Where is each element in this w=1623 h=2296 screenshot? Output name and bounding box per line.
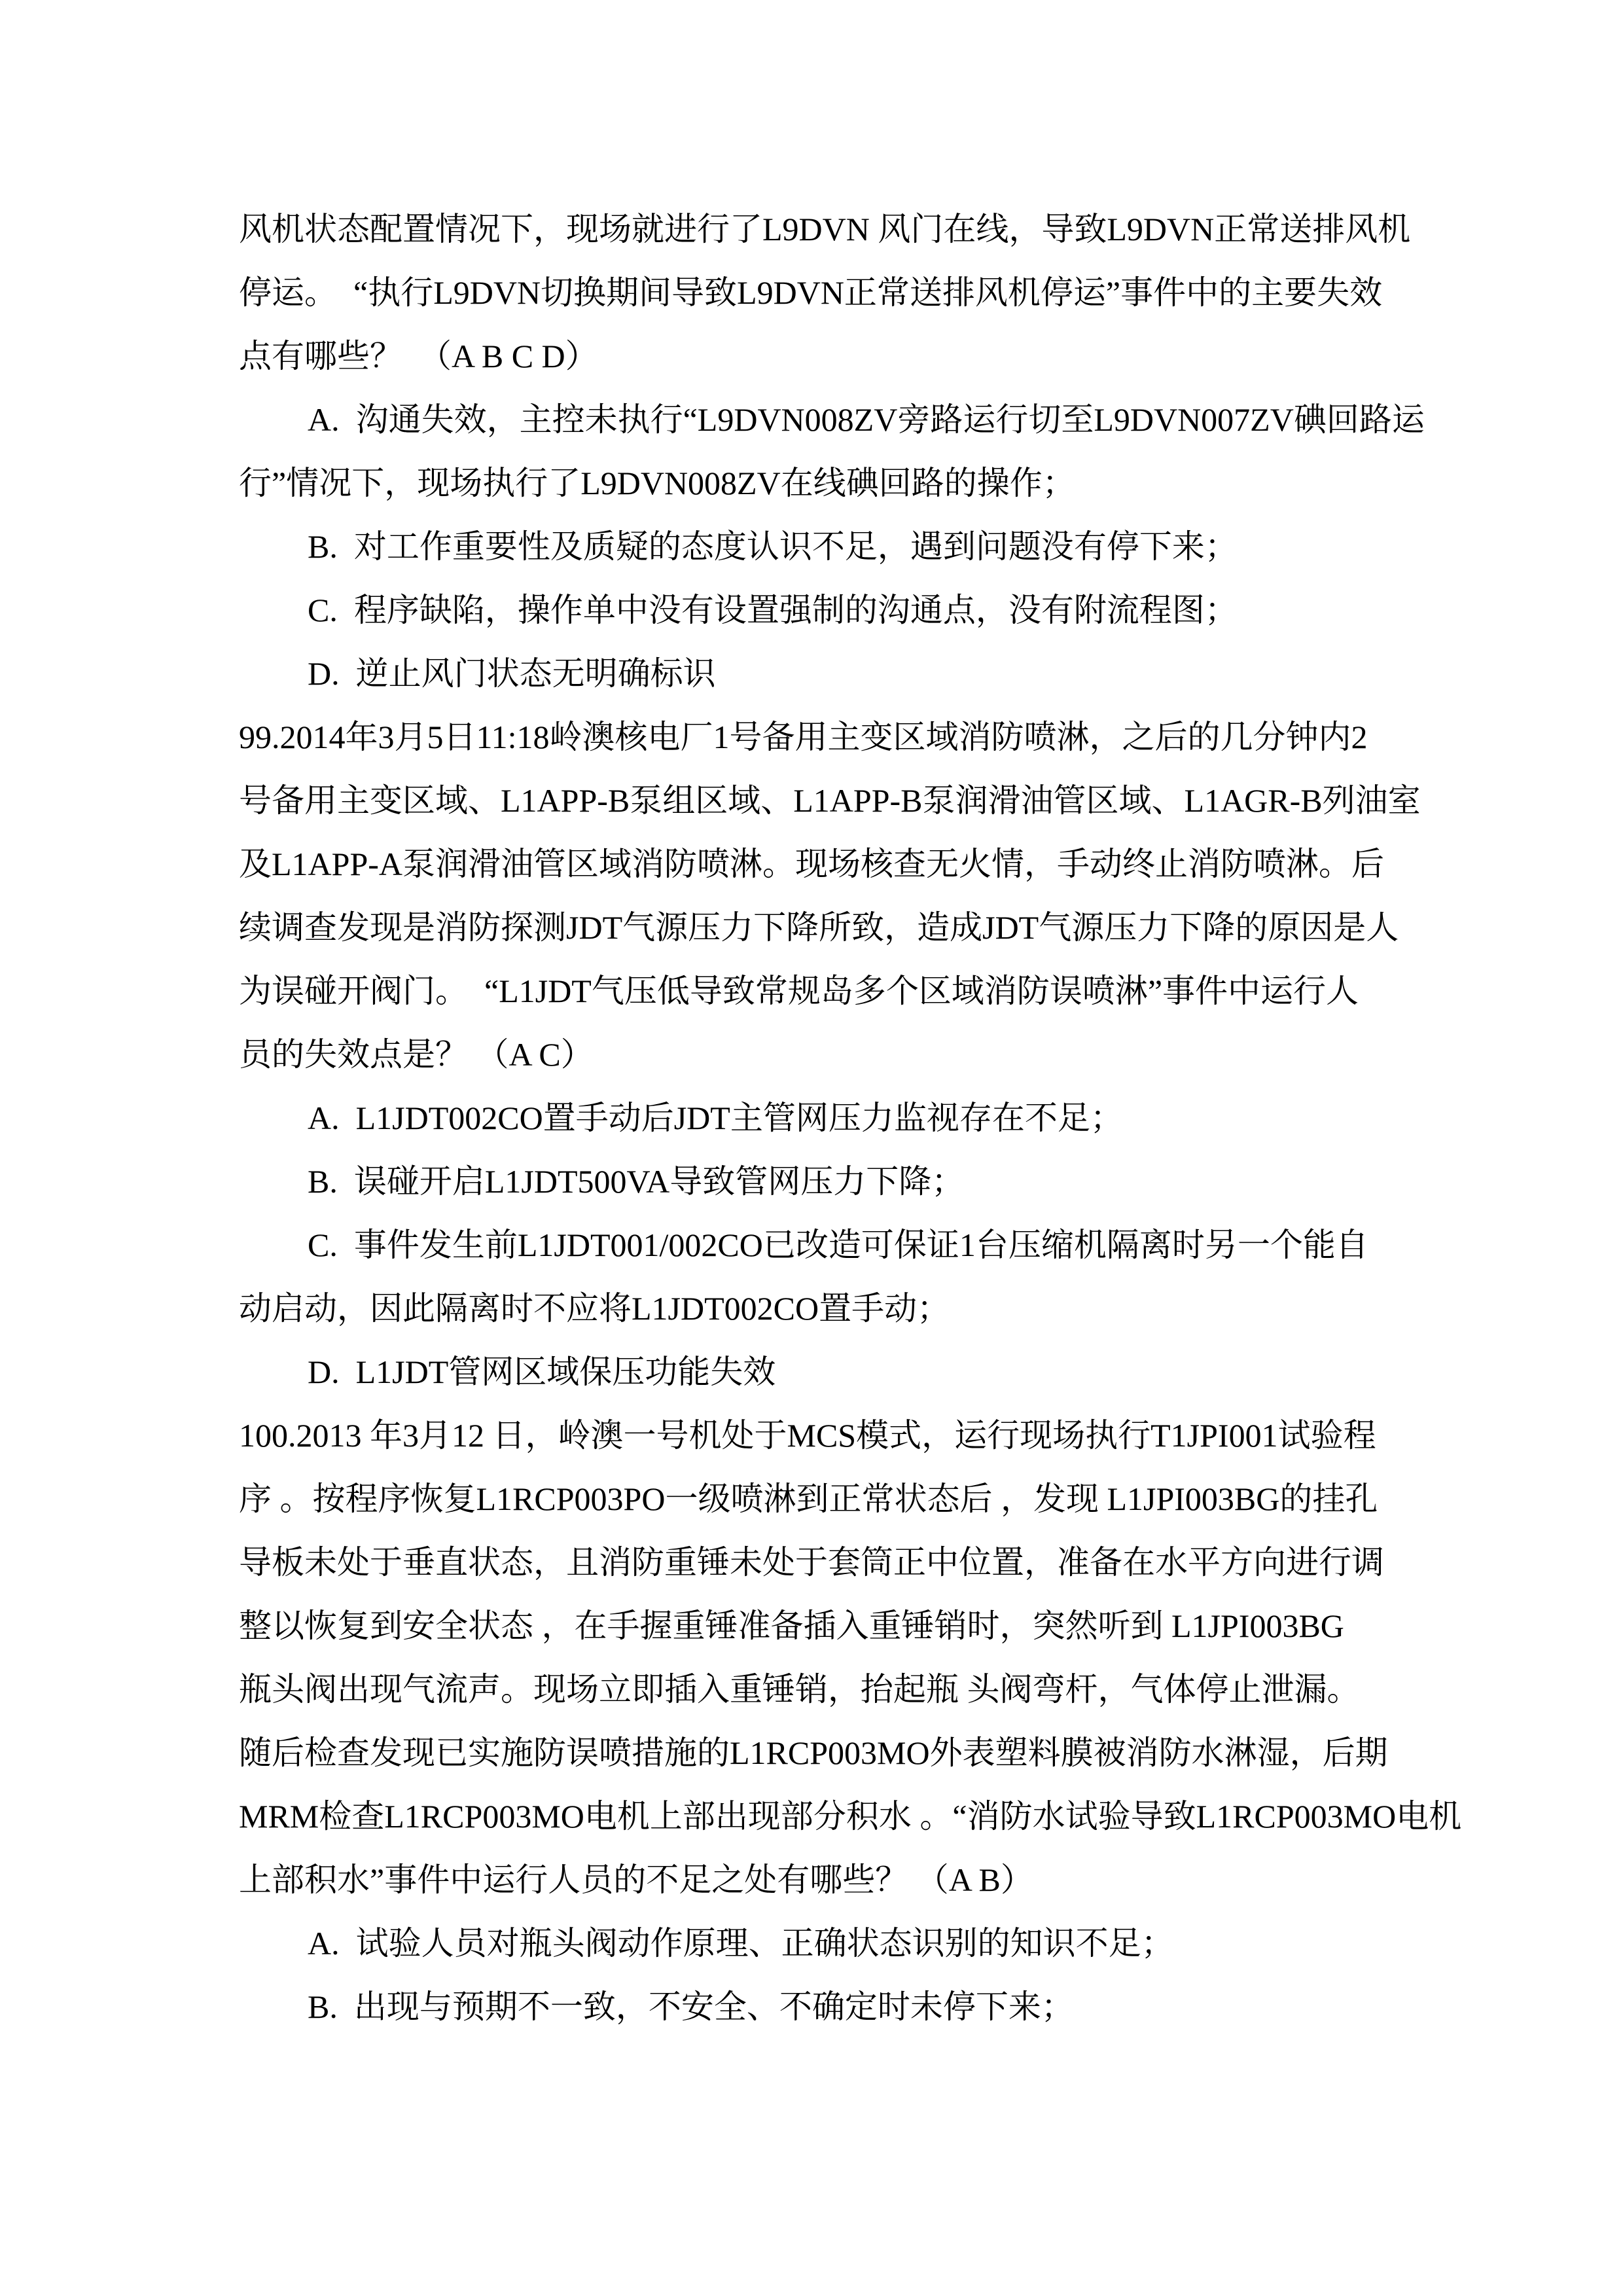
q99-stem-line-1: 99.2014年3月5日11:18岭澳核电厂1号备用主变区域消防喷淋，之后的几分…	[239, 706, 1394, 769]
q100-stem-line-1: 100.2013 年3月12 日，岭澳一号机处于MCS模式，运行现场执行T1JP…	[239, 1404, 1394, 1467]
q98-stem-line-2: 停运。 “执行L9DVN切换期间导致L9DVN正常送排风机停运”事件中的主要失效	[239, 261, 1394, 325]
q100-option-a: A. 试验人员对瓶头阀动作原理、正确状态识别的知识不足；	[239, 1912, 1394, 1975]
q98-answer-key-line: 点有哪些？ （A B C D）	[239, 325, 1394, 388]
q98-option-b: B. 对工作重要性及质疑的态度认识不足，遇到问题没有停下来；	[239, 515, 1394, 579]
q99-option-c-line-1: C. 事件发生前L1JDT001/002CO已改造可保证1台压缩机隔离时另一个能…	[239, 1213, 1394, 1277]
q98-option-c: C. 程序缺陷，操作单中没有设置强制的沟通点，没有附流程图；	[239, 579, 1394, 642]
q99-stem-line-5: 为误碰开阀门。 “L1JDT气压低导致常规岛多个区域消防误喷淋”事件中运行人	[239, 960, 1394, 1023]
document-body: 风机状态配置情况下，现场就进行了L9DVN 风门在线，导致L9DVN正常送排风机…	[239, 198, 1394, 2039]
q100-stem-line-5: 瓶头阀出现气流声。现场立即插入重锤销，抬起瓶 头阀弯杆，气体停止泄漏。	[239, 1658, 1394, 1721]
q99-answer-key-line: 员的失效点是？ （A C）	[239, 1023, 1394, 1086]
question-100: 100.2013 年3月12 日，岭澳一号机处于MCS模式，运行现场执行T1JP…	[239, 1404, 1394, 2039]
q99-stem-line-3: 及L1APP-A泵润滑油管区域消防喷淋。现场核查无火情，手动终止消防喷淋。后	[239, 833, 1394, 896]
q100-stem-line-7: MRM检查L1RCP003MO电机上部出现部分积水 。“消防水试验导致L1RCP…	[239, 1785, 1394, 1848]
q99-option-b: B. 误碰开启L1JDT500VA导致管网压力下降；	[239, 1150, 1394, 1213]
q98-option-a-line-1: A. 沟通失效，主控未执行“L9DVN008ZV旁路运行切至L9DVN007ZV…	[239, 388, 1394, 452]
q99-stem-line-4: 续调查发现是消防探测JDT气源压力下降所致，造成JDT气源压力下降的原因是人	[239, 896, 1394, 960]
q98-option-a-line-2: 行”情况下，现场执行了L9DVN008ZV在线碘回路的操作；	[239, 452, 1394, 515]
document-page: 风机状态配置情况下，现场就进行了L9DVN 风门在线，导致L9DVN正常送排风机…	[0, 0, 1623, 2296]
q100-stem-line-2: 序 。按程序恢复L1RCP003PO一级喷淋到正常状态后 ，发现 L1JPI00…	[239, 1467, 1394, 1531]
q98-stem-line-1: 风机状态配置情况下，现场就进行了L9DVN 风门在线，导致L9DVN正常送排风机	[239, 198, 1394, 261]
q100-answer-key-line: 上部积水”事件中运行人员的不足之处有哪些？ （A B）	[239, 1848, 1394, 1912]
q99-option-c-line-2: 动启动，因此隔离时不应将L1JDT002CO置手动；	[239, 1277, 1394, 1340]
question-99: 99.2014年3月5日11:18岭澳核电厂1号备用主变区域消防喷淋，之后的几分…	[239, 706, 1394, 1404]
q99-option-d: D. L1JDT管网区域保压功能失效	[239, 1340, 1394, 1404]
question-98-partial: 风机状态配置情况下，现场就进行了L9DVN 风门在线，导致L9DVN正常送排风机…	[239, 198, 1394, 706]
q100-stem-line-3: 导板未处于垂直状态，且消防重锤未处于套筒正中位置，准备在水平方向进行调	[239, 1531, 1394, 1594]
q100-option-b: B. 出现与预期不一致，不安全、不确定时未停下来；	[239, 1975, 1394, 2039]
q99-option-a: A. L1JDT002CO置手动后JDT主管网压力监视存在不足；	[239, 1086, 1394, 1150]
q100-stem-line-6: 随后检查发现已实施防误喷措施的L1RCP003MO外表塑料膜被消防水淋湿，后期	[239, 1721, 1394, 1785]
q98-option-d: D. 逆止风门状态无明确标识	[239, 642, 1394, 706]
q99-stem-line-2: 号备用主变区域、L1APP-B泵组区域、L1APP-B泵润滑油管区域、L1AGR…	[239, 769, 1394, 833]
q100-stem-line-4: 整以恢复到安全状态 ，在手握重锤准备插入重锤销时，突然听到 L1JPI003BG	[239, 1594, 1394, 1658]
